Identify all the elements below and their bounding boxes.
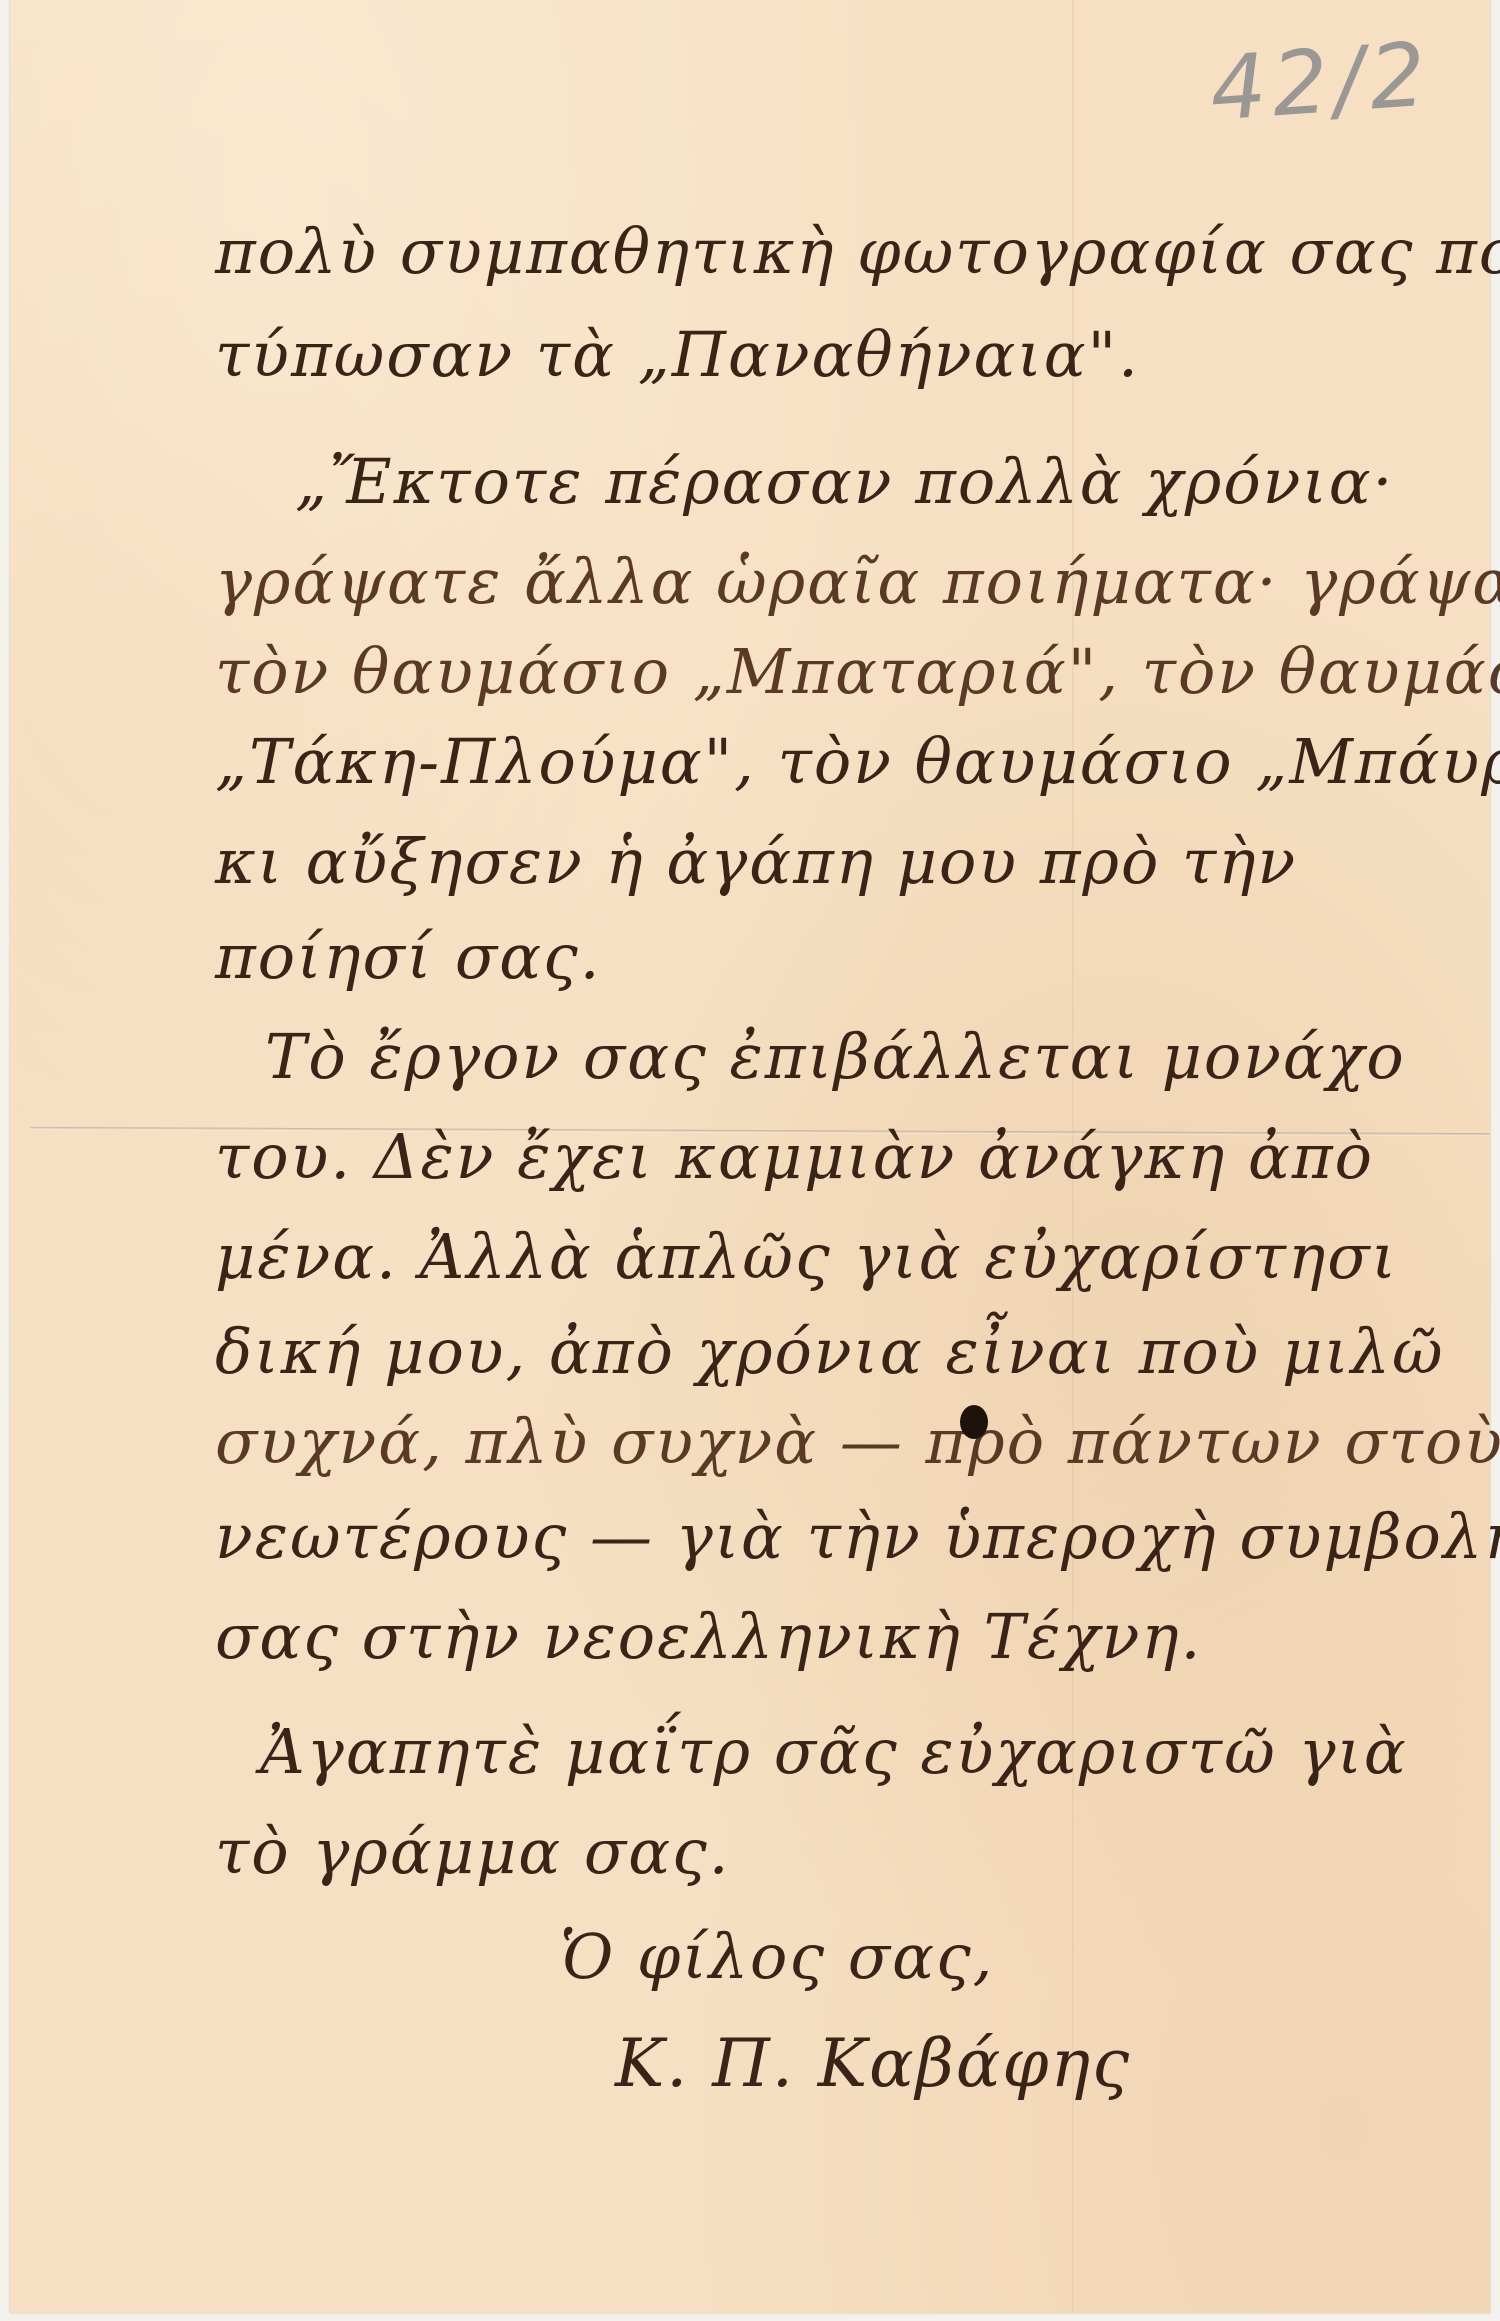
letter-line-6: „Τάκη-Πλούμα", τὸν θαυμάσιο „Μπάυρων"· <box>215 725 1500 798</box>
letter-line-17: τὸ γράμμα σας. <box>215 1815 731 1888</box>
letter-line-14: νεωτέρους — γιὰ τὴν ὑπεροχὴ συμβολὴ <box>215 1500 1500 1573</box>
ink-blot <box>960 1405 988 1439</box>
letter-line-2: τύπωσαν τὰ „Παναθήναια". <box>215 318 1140 391</box>
letter-line-3: „Ἔκτοτε πέρασαν πολλὰ χρόνια· <box>295 445 1394 518</box>
letter-line-1: πολὺ συμπαθητικὴ φωτογραφία σας πού <box>215 215 1500 288</box>
letter-page: 42/2 πολὺ συμπαθητικὴ φωτογραφία σας πού… <box>10 0 1490 2313</box>
letter-signature: Κ. Π. Καβάφης <box>615 2025 1131 2102</box>
letter-line-16: Ἀγαπητὲ μαΐτρ σᾶς εὐχαριστῶ γιὰ <box>260 1715 1408 1788</box>
letter-line-9: Τὸ ἔργον σας ἐπιβάλλεται μονάχο <box>265 1020 1406 1093</box>
letter-line-5: τὸν θαυμάσιο „Μπαταριά", τὸν θαυμάσιο <box>215 635 1500 708</box>
letter-closing: Ὁ φίλος σας, <box>560 1920 994 1993</box>
letter-line-10: του. Δὲν ἔχει καμμιὰν ἀνάγκη ἀπὸ <box>215 1120 1374 1193</box>
letter-line-7: κι αὔξησεν ἡ ἀγάπη μου πρὸ τὴν <box>215 825 1297 898</box>
letter-line-11: μένα. Ἀλλὰ ἁπλῶς γιὰ εὐχαρίστησι <box>215 1220 1398 1293</box>
letter-line-15: σας στὴν νεοελληνικὴ Τέχνη. <box>215 1600 1202 1673</box>
letter-line-13: συχνά, πλὺ συχνὰ — πρὸ πάντων στοὺς <box>215 1405 1500 1478</box>
letter-line-12: δική μου, ἀπὸ χρόνια εἶναι ποὺ μιλῶ <box>215 1315 1445 1388</box>
letter-line-8: ποίησί σας. <box>215 920 602 993</box>
archive-number: 42/2 <box>1207 22 1435 140</box>
letter-line-4: γράψατε ἄλλα ὡραῖα ποιήματα· γράψατε <box>215 545 1500 618</box>
